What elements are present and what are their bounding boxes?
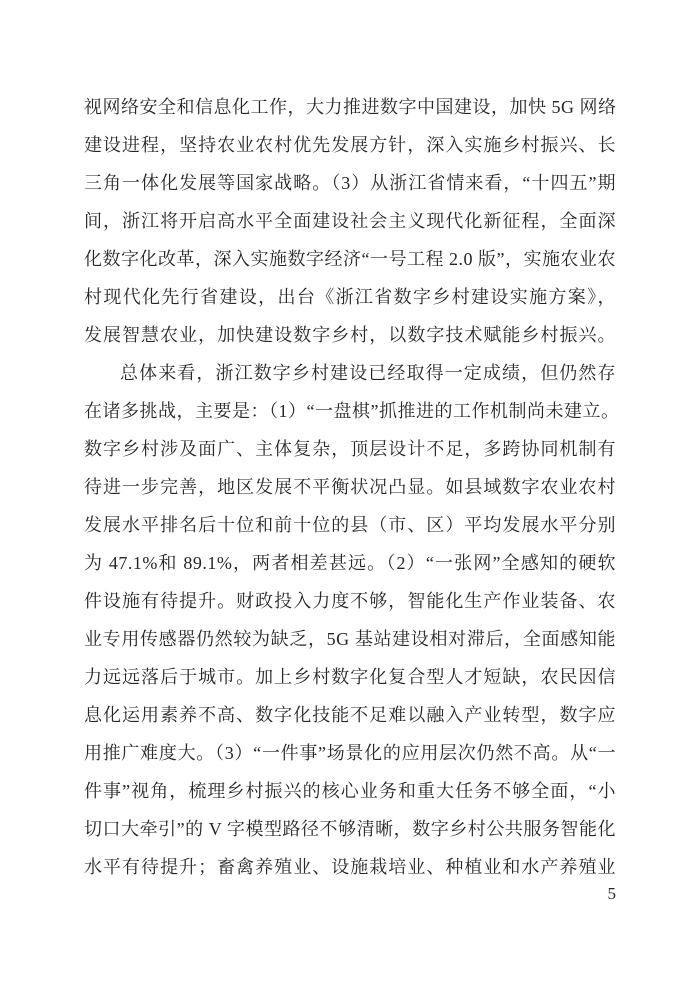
text-line: 总体来看，浙江数字乡村建设已经取得一定成绩，但仍然存: [84, 354, 616, 392]
paragraph-2: 总体来看，浙江数字乡村建设已经取得一定成绩，但仍然存 在诸多挑战，主要是：（1）…: [84, 354, 616, 886]
text-line: 水平有待提升；畜禽养殖业、设施栽培业、种植业和水产养殖业: [84, 848, 616, 886]
text-line: 用推广难度大。（3）“一件事”场景化的应用层次仍然不高。从“一: [84, 734, 616, 772]
document-page: 视网络安全和信息化工作，大力推进数字中国建设，加快 5G 网络 建设进程，坚持农…: [0, 0, 700, 990]
text-line: 件事”视角，梳理乡村振兴的核心业务和重大任务不够全面，“小: [84, 772, 616, 810]
text-line: 三角一体化发展等国家战略。（3）从浙江省情来看，“十四五”期: [84, 164, 616, 202]
paragraph-1: 视网络安全和信息化工作，大力推进数字中国建设，加快 5G 网络 建设进程，坚持农…: [84, 88, 616, 354]
text-line: 件设施有待提升。财政投入力度不够，智能化生产作业装备、农: [84, 582, 616, 620]
text-line: 力远远落后于城市。加上乡村数字化复合型人才短缺，农民因信: [84, 658, 616, 696]
text-line: 视网络安全和信息化工作，大力推进数字中国建设，加快 5G 网络: [84, 88, 616, 126]
page-body: 视网络安全和信息化工作，大力推进数字中国建设，加快 5G 网络 建设进程，坚持农…: [84, 88, 616, 886]
text-line: 息化运用素养不高、数字化技能不足难以融入产业转型，数字应: [84, 696, 616, 734]
text-line: 为 47.1%和 89.1%，两者相差甚远。（2）“一张网”全感知的硬软: [84, 544, 616, 582]
text-line: 待进一步完善，地区发展不平衡状况凸显。如县域数字农业农村: [84, 468, 616, 506]
text-line: 发展水平排名后十位和前十位的县（市、区）平均发展水平分别: [84, 506, 616, 544]
text-line: 间，浙江将开启高水平全面建设社会主义现代化新征程，全面深: [84, 202, 616, 240]
page-number: 5: [608, 884, 617, 903]
text-line: 业专用传感器仍然较为缺乏，5G 基站建设相对滞后，全面感知能: [84, 620, 616, 658]
text-line: 切口大牵引”的 V 字模型路径不够清晰，数字乡村公共服务智能化: [84, 810, 616, 848]
text-line: 建设进程，坚持农业农村优先发展方针，深入实施乡村振兴、长: [84, 126, 616, 164]
page-footer: 5: [84, 882, 616, 906]
text-line: 村现代化先行省建设，出台《浙江省数字乡村建设实施方案》，: [84, 278, 616, 316]
text-line: 数字乡村涉及面广、主体复杂，顶层设计不足，多跨协同机制有: [84, 430, 616, 468]
text-line: 发展智慧农业，加快建设数字乡村，以数字技术赋能乡村振兴。: [84, 316, 616, 354]
text-line: 在诸多挑战，主要是：（1）“一盘棋”抓推进的工作机制尚未建立。: [84, 392, 616, 430]
text-line: 化数字化改革，深入实施数字经济“一号工程 2.0 版”，实施农业农: [84, 240, 616, 278]
